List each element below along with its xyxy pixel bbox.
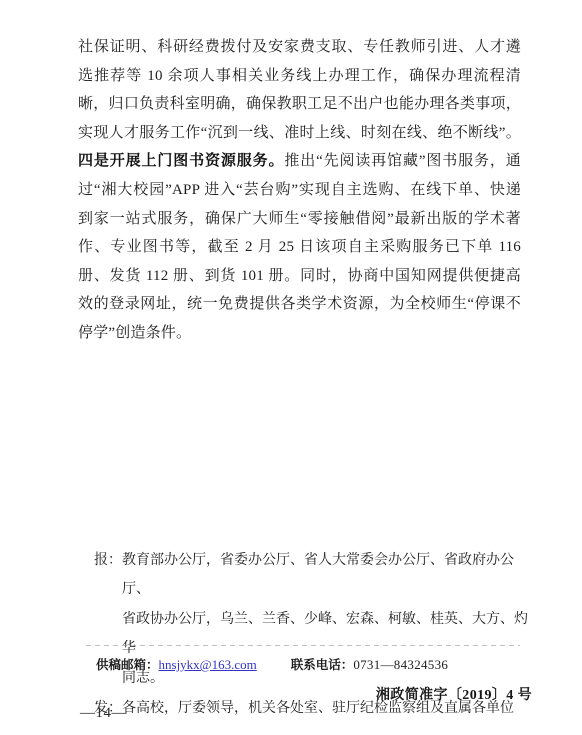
- report-line: 省政协办公厅，乌兰、兰香、少峰、宏森、柯敏、桂英、大方、灼华: [122, 605, 536, 664]
- body-line: 社保证明、科研经费拨付及安家费支取、专任教师引进、人才遴: [78, 33, 521, 62]
- body-text: 社保证明、科研经费拨付及安家费支取、专任教师引进、人才遴选推荐等 10 余项人事…: [78, 33, 521, 348]
- doc-approval-number: 湘政简准字〔2019〕4 号: [376, 684, 532, 704]
- document-page: 社保证明、科研经费拨付及安家费支取、专任教师引进、人才遴选推荐等 10 余项人事…: [0, 0, 582, 735]
- body-line: 到家一站式服务，确保广大师生“零接触借阅”最新出版的学术著: [78, 205, 521, 234]
- body-line: 选推荐等 10 余项人事相关业务线上办理工作，确保办理流程清: [78, 62, 521, 91]
- body-line: 四是开展上门图书资源服务。推出“先阅读再馆藏”图书服务，通: [78, 147, 521, 176]
- phone-label: 联系电话：: [291, 658, 354, 672]
- body-line: 实现人才服务工作“沉到一线、准时上线、时刻在线、绝不断线”。: [78, 119, 521, 148]
- body-line: 效的登录网址，统一免费提供各类学术资源，为全校师生“停课不: [78, 290, 521, 319]
- body-line: 作、专业图书等，截至 2 月 25 日该项自主采购服务已下单 116: [78, 233, 521, 262]
- footer-divider-line: [86, 645, 520, 646]
- contact-line: 供稿邮箱：hnsjykx@163.com联系电话：0731—84324536: [96, 657, 526, 673]
- email-link[interactable]: hnsjykx@163.com: [159, 657, 257, 672]
- body-line: 晰，归口负责科室明确，确保教职工足不出户也能办理各类事项，: [78, 90, 521, 119]
- report-line: 教育部办公厅，省委办公厅、省人大常委会办公厅、省政府办公厅、: [122, 546, 536, 605]
- body-line: 过“湘大校园”APP 进入“芸台购”实现自主选购、在线下单、快递: [78, 176, 521, 205]
- report-label: 报：: [94, 546, 122, 575]
- email-label: 供稿邮箱：: [96, 658, 159, 672]
- bold-run: 四是开展上门图书资源服务。: [78, 153, 284, 169]
- phone-number: 0731—84324536: [353, 657, 448, 672]
- body-line: 停学”创造条件。: [78, 319, 521, 348]
- body-line: 册、发货 112 册、到货 101 册。同时，协商中国知网提供便捷高: [78, 262, 521, 291]
- page-number: —14—: [80, 705, 127, 722]
